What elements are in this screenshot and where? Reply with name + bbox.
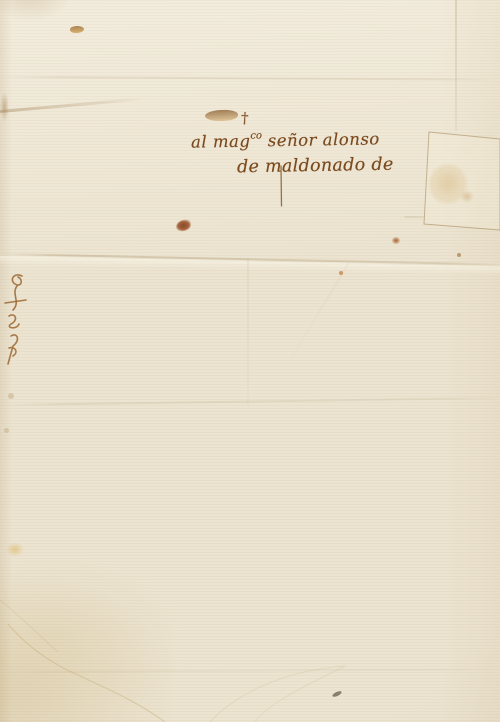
address-line-1: al magco señor alonso bbox=[191, 129, 380, 151]
cross-mark: † bbox=[241, 109, 249, 127]
address-line1-superscript: co bbox=[250, 130, 262, 141]
address-line1-rest: señor alonso bbox=[262, 129, 380, 150]
address-line-2: de maldonado de bbox=[237, 155, 394, 178]
address-line1-prefix: al mag bbox=[191, 132, 251, 152]
letter-verso-scan: † al magco señor alonso de maldonado de bbox=[0, 0, 500, 722]
laid-paper-lines bbox=[0, 0, 500, 722]
